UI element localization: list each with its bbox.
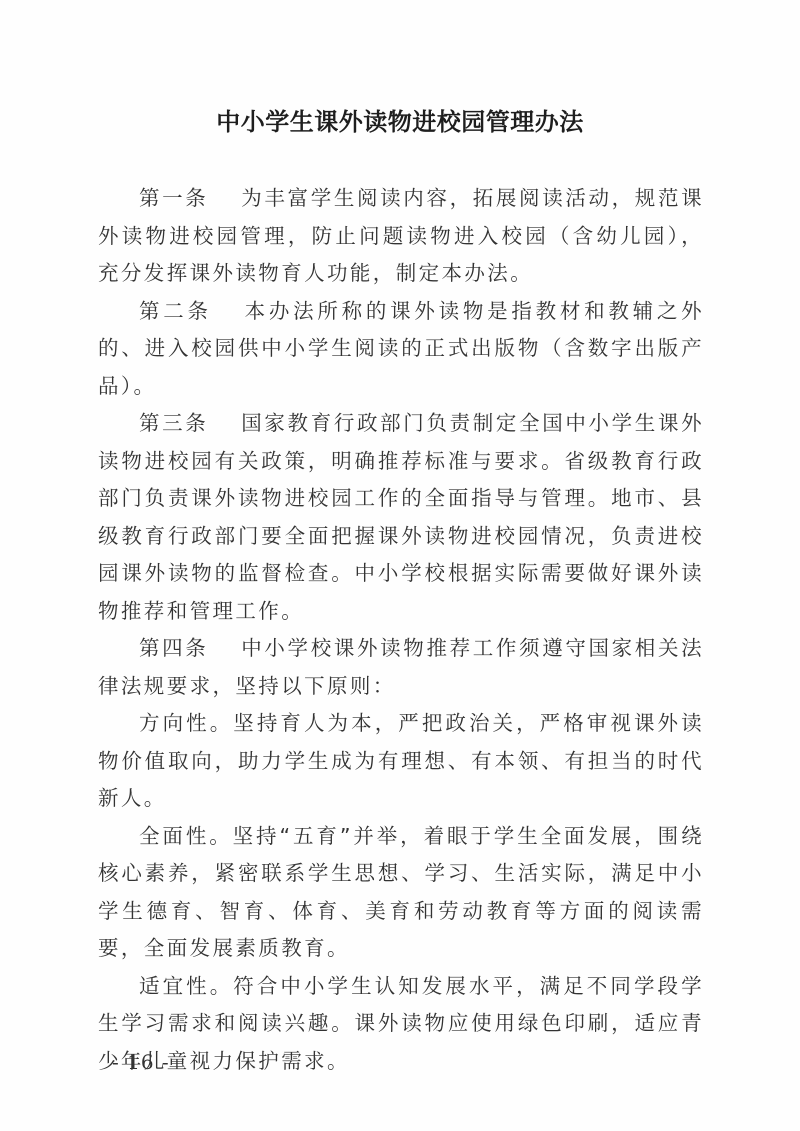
article-1-paragraph: 第一条为丰富学生阅读内容，拓展阅读活动，规范课外读物进校园管理，防止问题读物进入…: [98, 180, 704, 293]
article-3-paragraph: 第三条国家教育行政部门负责制定全国中小学生课外读物进校园有关政策，明确推荐标准与…: [98, 405, 704, 630]
article-2-paragraph: 第二条本办法所称的课外读物是指教材和教辅之外的、进入校园供中小学生阅读的正式出版…: [98, 293, 704, 406]
article-number: 第二条: [139, 299, 212, 323]
principle-text: 适宜性。符合中小学生认知发展水平，满足不同学段学生学习需求和阅读兴趣。课外读物应…: [98, 974, 704, 1073]
document-body: 第一条为丰富学生阅读内容，拓展阅读活动，规范课外读物进校园管理，防止问题读物进入…: [98, 180, 704, 1080]
principle-text: 全面性。坚持“五育”并举，着眼于学生全面发展，围绕核心素养，紧密联系学生思想、学…: [98, 824, 704, 961]
page-number: - 16 -: [112, 1050, 170, 1074]
principle-text: 方向性。坚持育人为本，严把政治关，严格审视课外读物价值取向，助力学生成为有理想、…: [98, 711, 704, 810]
document-page: 中小学生课外读物进校园管理办法 第一条为丰富学生阅读内容，拓展阅读活动，规范课外…: [0, 0, 800, 1131]
article-number: 第四条: [139, 636, 208, 660]
principle-direction-paragraph: 方向性。坚持育人为本，严把政治关，严格审视课外读物价值取向，助力学生成为有理想、…: [98, 705, 704, 818]
article-text: 国家教育行政部门负责制定全国中小学生课外读物进校园有关政策，明确推荐标准与要求。…: [98, 411, 704, 623]
article-number: 第一条: [139, 186, 208, 210]
article-4-paragraph: 第四条中小学校课外读物推荐工作须遵守国家相关法律法规要求，坚持以下原则：: [98, 630, 704, 705]
principle-suitability-paragraph: 适宜性。符合中小学生认知发展水平，满足不同学段学生学习需求和阅读兴趣。课外读物应…: [98, 968, 704, 1081]
article-number: 第三条: [139, 411, 208, 435]
principle-comprehensive-paragraph: 全面性。坚持“五育”并举，着眼于学生全面发展，围绕核心素养，紧密联系学生思想、学…: [98, 818, 704, 968]
document-title: 中小学生课外读物进校园管理办法: [0, 102, 800, 137]
